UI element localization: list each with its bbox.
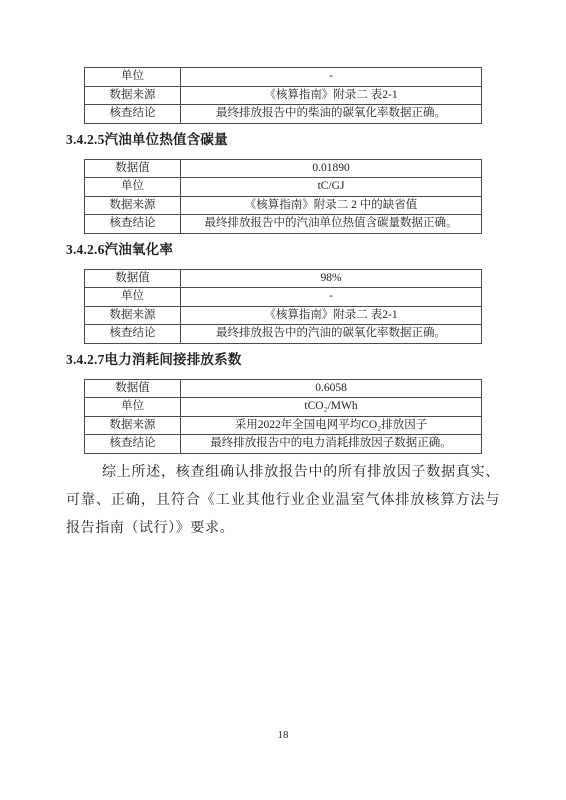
table-row: 单位 tCO₂/MWh	[85, 398, 482, 417]
row-value-cell: -	[181, 68, 482, 87]
table-row: 数据来源 《核算指南》附录二 表2-1	[85, 86, 482, 105]
row-value-cell: tC/GJ	[181, 178, 482, 197]
section-heading-3-4-2-7: 3.4.2.7电力消耗间接排放系数	[66, 352, 500, 368]
table-row: 数据来源 《核算指南》附录二 2 中的缺省值	[85, 196, 482, 215]
row-value-cell: 《核算指南》附录二 表2-1	[181, 306, 482, 325]
table-row: 核查结论 最终排放报告中的汽油单位热值含碳量数据正确。	[85, 215, 482, 234]
row-label-cell: 核查结论	[85, 325, 181, 344]
data-table-gasoline-oxidation-rate: 数据值 98% 单位 - 数据来源 《核算指南》附录二 表2-1 核查结论 最终…	[84, 269, 482, 344]
row-value-cell: 《核算指南》附录二 表2-1	[181, 86, 482, 105]
page-content: 单位 - 数据来源 《核算指南》附录二 表2-1 核查结论 最终排放报告中的柴油…	[0, 0, 566, 543]
row-label-cell: 数据值	[85, 379, 181, 398]
row-value-cell: 0.01890	[181, 159, 482, 178]
table-row: 单位 -	[85, 288, 482, 307]
row-label-cell: 单位	[85, 288, 181, 307]
row-value-cell: 最终排放报告中的柴油的碳氧化率数据正确。	[181, 105, 482, 124]
table-row: 单位 tC/GJ	[85, 178, 482, 197]
row-value-cell: 0.6058	[181, 379, 482, 398]
data-table-electricity-emission-factor: 数据值 0.6058 单位 tCO₂/MWh 数据来源 采用2022年全国电网平…	[84, 379, 482, 454]
table-row: 核查结论 最终排放报告中的柴油的碳氧化率数据正确。	[85, 105, 482, 124]
table-row: 数据值 0.6058	[85, 379, 482, 398]
row-label-cell: 数据来源	[85, 416, 181, 435]
row-value-cell: -	[181, 288, 482, 307]
section-heading-3-4-2-5: 3.4.2.5汽油单位热值含碳量	[66, 132, 500, 148]
table-row: 核查结论 最终排放报告中的电力消耗排放因子数据正确。	[85, 435, 482, 454]
row-label-cell: 核查结论	[85, 435, 181, 454]
carryover-table: 单位 - 数据来源 《核算指南》附录二 表2-1 核查结论 最终排放报告中的柴油…	[84, 67, 482, 124]
row-label-cell: 单位	[85, 68, 181, 87]
row-value-cell: 采用2022年全国电网平均CO₂排放因子	[181, 416, 482, 435]
row-label-cell: 数据来源	[85, 86, 181, 105]
table-row: 单位 -	[85, 68, 482, 87]
table-row: 数据值 0.01890	[85, 159, 482, 178]
table-row: 数据来源 采用2022年全国电网平均CO₂排放因子	[85, 416, 482, 435]
row-label-cell: 单位	[85, 178, 181, 197]
row-value-cell: 《核算指南》附录二 2 中的缺省值	[181, 196, 482, 215]
conclusion-paragraph: 综上所述，核查组确认排放报告中的所有排放因子数据真实、可靠、正确，且符合《工业其…	[66, 459, 500, 543]
row-label-cell: 数据来源	[85, 196, 181, 215]
row-label-cell: 数据值	[85, 269, 181, 288]
page-number: 18	[0, 729, 566, 741]
row-value-cell: tCO₂/MWh	[181, 398, 482, 417]
row-label-cell: 数据值	[85, 159, 181, 178]
row-value-cell: 最终排放报告中的电力消耗排放因子数据正确。	[181, 435, 482, 454]
table-row: 数据值 98%	[85, 269, 482, 288]
row-value-cell: 最终排放报告中的汽油单位热值含碳量数据正确。	[181, 215, 482, 234]
row-label-cell: 单位	[85, 398, 181, 417]
row-value-cell: 最终排放报告中的汽油的碳氧化率数据正确。	[181, 325, 482, 344]
table-row: 核查结论 最终排放报告中的汽油的碳氧化率数据正确。	[85, 325, 482, 344]
data-table-gasoline-carbon-content: 数据值 0.01890 单位 tC/GJ 数据来源 《核算指南》附录二 2 中的…	[84, 159, 482, 234]
row-label-cell: 核查结论	[85, 215, 181, 234]
section-heading-3-4-2-6: 3.4.2.6汽油氧化率	[66, 242, 500, 258]
row-label-cell: 数据来源	[85, 306, 181, 325]
table-row: 数据来源 《核算指南》附录二 表2-1	[85, 306, 482, 325]
report-page: 单位 - 数据来源 《核算指南》附录二 表2-1 核查结论 最终排放报告中的柴油…	[0, 0, 566, 800]
row-label-cell: 核查结论	[85, 105, 181, 124]
row-value-cell: 98%	[181, 269, 482, 288]
